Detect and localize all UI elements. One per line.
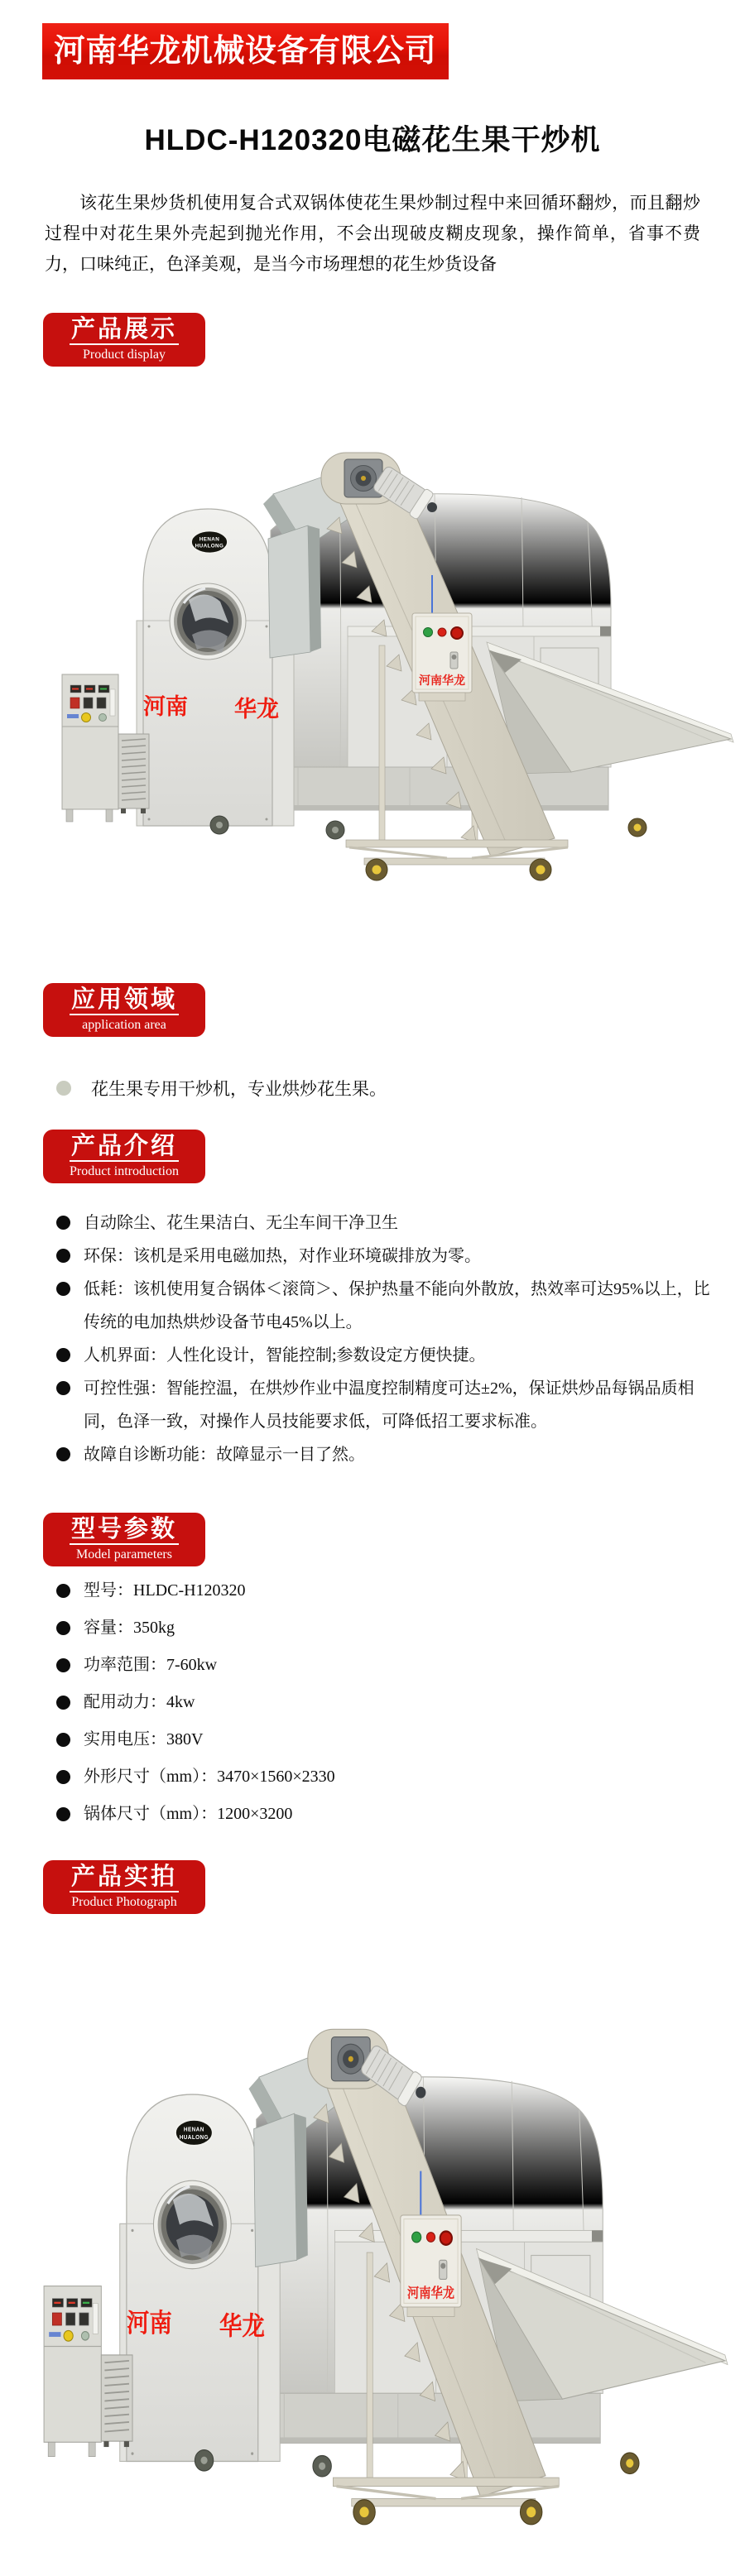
- bullet-dot-icon: [56, 1447, 70, 1461]
- list-item: 花生果专用干炒机，专业烘炒花生果。: [55, 1072, 722, 1106]
- spec-outer-size: 外形尺寸（mm）：3470×1560×2330: [84, 1758, 722, 1796]
- badge-zh-label: 产品介绍: [70, 1133, 179, 1162]
- bullet-dot-icon: [56, 1081, 71, 1096]
- bullet-dot-icon: [56, 1216, 70, 1230]
- section-badge-product-introduction: 产品介绍 Product introduction: [43, 1130, 205, 1183]
- badge-en-label: Product Photograph: [71, 1894, 177, 1911]
- spec-drum-size: 锅体尺寸（mm）：1200×3200: [84, 1796, 722, 1833]
- section-badge-model-parameters: 型号参数 Model parameters: [43, 1513, 205, 1566]
- badge-zh-label: 应用领域: [70, 986, 179, 1015]
- list-item: 容量：350kg: [55, 1609, 722, 1647]
- product-photo-2: [40, 2027, 731, 2526]
- badge-en-label: Product introduction: [70, 1163, 179, 1180]
- section-badge-application-area: 应用领域 application area: [43, 983, 205, 1037]
- spec-model: 型号：HLDC-H120320: [84, 1572, 722, 1609]
- badge-en-label: Model parameters: [76, 1547, 172, 1563]
- list-item: 低耗：该机使用复合锅体＜滚筒＞、保护热量不能向外散放，热效率可达95%以上，比传…: [55, 1273, 722, 1339]
- list-item-text: 人机界面：人性化设计，智能控制;参数设定方便快捷。: [84, 1339, 722, 1372]
- list-item: 自动除尘、花生果洁白、无尘车间干净卫生: [55, 1206, 722, 1240]
- list-item: 故障自诊断功能：故障显示一目了然。: [55, 1438, 722, 1471]
- badge-zh-label: 型号参数: [70, 1516, 179, 1545]
- bullet-dot-icon: [56, 1807, 70, 1821]
- page: 河南华龙机械设备有限公司 HLDC-H120320电磁花生果干炒机 该花生果炒货…: [0, 0, 745, 2576]
- bullet-dot-icon: [56, 1249, 70, 1263]
- list-item-text: 低耗：该机使用复合锅体＜滚筒＞、保护热量不能向外散放，热效率可达95%以上，比传…: [84, 1273, 722, 1339]
- spec-voltage: 实用电压：380V: [84, 1721, 722, 1758]
- badge-en-label: Product display: [83, 347, 166, 363]
- list-item: 实用电压：380V: [55, 1721, 722, 1758]
- company-banner: 河南华龙机械设备有限公司: [42, 23, 449, 79]
- list-item: 环保：该机是采用电磁加热，对作业环境碳排放为零。: [55, 1240, 722, 1273]
- list-item: 型号：HLDC-H120320: [55, 1572, 722, 1609]
- list-item: 功率范围：7-60kw: [55, 1647, 722, 1684]
- bullet-dot-icon: [56, 1658, 70, 1672]
- bullet-dot-icon: [56, 1621, 70, 1635]
- list-item: 外形尺寸（mm）：3470×1560×2330: [55, 1758, 722, 1796]
- bullet-dot-icon: [56, 1584, 70, 1598]
- introduction-list: 自动除尘、花生果洁白、无尘车间干净卫生 环保：该机是采用电磁加热，对作业环境碳排…: [55, 1206, 722, 1471]
- bullet-dot-icon: [56, 1696, 70, 1710]
- application-list: 花生果专用干炒机，专业烘炒花生果。: [55, 1072, 722, 1106]
- badge-zh-label: 产品实拍: [70, 1864, 179, 1892]
- spec-power-range: 功率范围：7-60kw: [84, 1647, 722, 1684]
- spec-capacity: 容量：350kg: [84, 1609, 722, 1647]
- parameter-list: 型号：HLDC-H120320 容量：350kg 功率范围：7-60kw 配用动…: [55, 1572, 722, 1833]
- bullet-dot-icon: [56, 1348, 70, 1362]
- list-item-text: 环保：该机是采用电磁加热，对作业环境碳排放为零。: [84, 1240, 722, 1273]
- badge-zh-label: 产品展示: [70, 316, 179, 345]
- badge-en-label: application area: [82, 1017, 166, 1034]
- bullet-dot-icon: [56, 1381, 70, 1395]
- spec-motor-power: 配用动力：4kw: [84, 1684, 722, 1721]
- list-item-text: 故障自诊断功能：故障显示一目了然。: [84, 1438, 722, 1471]
- bullet-dot-icon: [56, 1770, 70, 1784]
- list-item: 锅体尺寸（mm）：1200×3200: [55, 1796, 722, 1833]
- bullet-dot-icon: [56, 1733, 70, 1747]
- company-name: 河南华龙机械设备有限公司: [54, 34, 436, 69]
- section-badge-product-photograph: 产品实拍 Product Photograph: [43, 1860, 205, 1914]
- page-title: HLDC-H120320电磁花生果干炒机: [0, 118, 745, 159]
- product-photo-1: [58, 451, 737, 881]
- intro-paragraph: 该花生果炒货机使用复合式双锅体使花生果炒制过程中来回循环翻炒，而且翻炒过程中对花…: [45, 188, 700, 280]
- list-item-text: 可控性强：智能控温，在烘炒作业中温度控制精度可达±2%，保证烘炒品每锅品质相同，…: [84, 1372, 722, 1438]
- list-item: 人机界面：人性化设计，智能控制;参数设定方便快捷。: [55, 1339, 722, 1372]
- list-item-text: 自动除尘、花生果洁白、无尘车间干净卫生: [84, 1206, 722, 1240]
- list-item-text: 花生果专用干炒机，专业烘炒花生果。: [91, 1072, 722, 1106]
- bullet-dot-icon: [56, 1282, 70, 1296]
- list-item: 可控性强：智能控温，在烘炒作业中温度控制精度可达±2%，保证烘炒品每锅品质相同，…: [55, 1372, 722, 1438]
- list-item: 配用动力：4kw: [55, 1684, 722, 1721]
- section-badge-product-display: 产品展示 Product display: [43, 313, 205, 367]
